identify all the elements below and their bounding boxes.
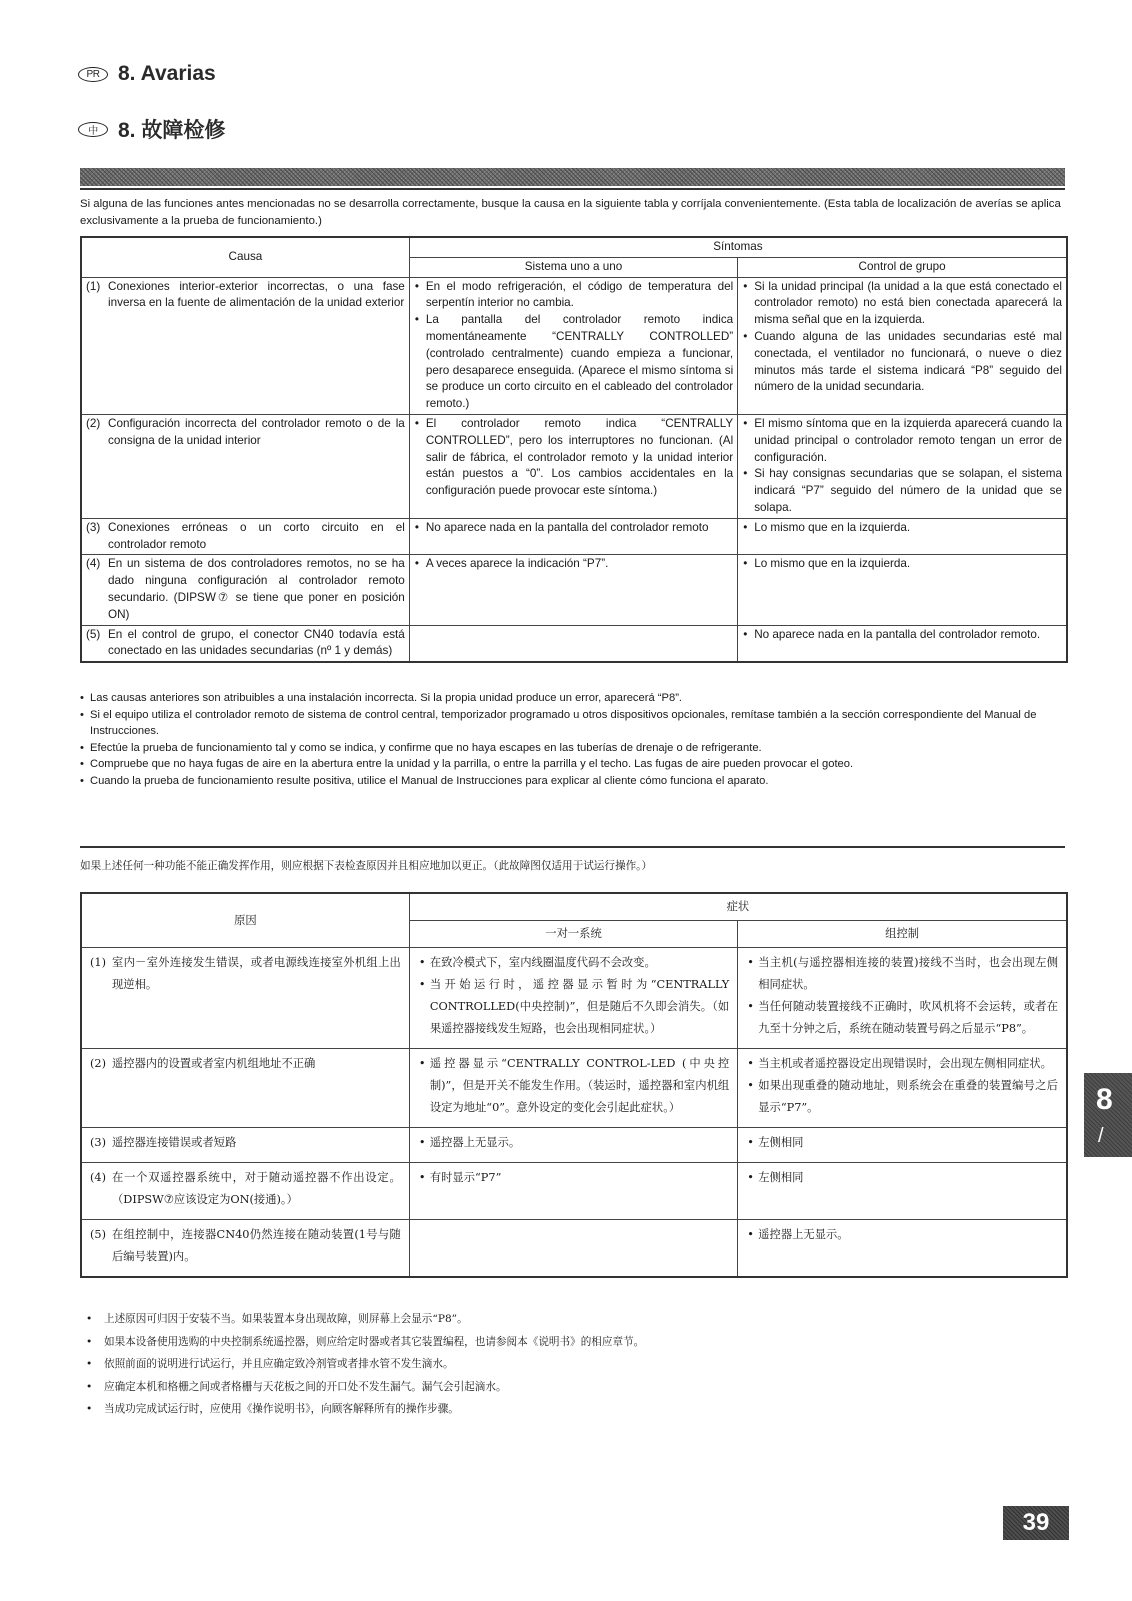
cause-number: (5)	[90, 1224, 112, 1268]
cause-text: En el control de grupo, el conector CN40…	[108, 627, 405, 661]
cause-text: Configuración incorrecta del controlador…	[108, 416, 405, 450]
cause-text: Conexiones erróneas o un corto circuito …	[108, 520, 405, 554]
group-symptom-cell: Lo mismo que en la izquierda.	[738, 518, 1067, 555]
cause-text: 遥控器内的设置或者室内机组地址不正确	[112, 1053, 401, 1075]
intro-spanish: Si alguna de las funciones antes mencion…	[80, 196, 1065, 230]
symptom-item: Si la unidad principal (la unidad a la q…	[742, 279, 1062, 329]
cause-text: Conexiones interior-exterior incorrectas…	[108, 279, 405, 313]
cause-number: (3)	[86, 520, 108, 554]
symptom-item: No aparece nada en la pantalla del contr…	[414, 520, 733, 537]
symptom-item: 当主机或者遥控器设定出现错误时，会出现左侧相同症状。	[746, 1053, 1058, 1075]
one-to-one-symptom-cell: 在致冷模式下，室内线圈温度代码不会改变。当开始运行时，遥控器显示暂时为“CENT…	[409, 948, 737, 1049]
symptom-item: En el modo refrigeración, el código de t…	[414, 279, 733, 313]
header-one-to-one: 一对一系统	[409, 921, 737, 948]
symptom-item: La pantalla del controlador remoto indic…	[414, 312, 733, 413]
symptom-item: Lo mismo que en la izquierda.	[742, 556, 1062, 573]
cause-cell: (3)Conexiones erróneas o un corto circui…	[81, 518, 409, 555]
symptom-item: 左侧相同	[746, 1132, 1058, 1154]
table-row: (1)室内－室外连接发生错误，或者电源线连接室外机组上出现逆相。在致冷模式下，室…	[81, 948, 1067, 1049]
symptom-item: El controlador remoto indica “CENTRALLY …	[414, 416, 733, 500]
table-row: (5)在组控制中，连接器CN40仍然连接在随动装置(1号与随后编号装置)内。遥控…	[81, 1220, 1067, 1278]
note-item: 当成功完成试运行时，应使用《操作说明书》，向顾客解释所有的操作步骤。	[80, 1398, 1070, 1421]
symptom-item: 当开始运行时，遥控器显示暂时为“CENTRALLY CONTROLLED(中央控…	[418, 974, 729, 1040]
cause-number: (1)	[86, 279, 108, 313]
header-cause: Causa	[81, 237, 409, 277]
cause-cell: (4)En un sistema de dos controladores re…	[81, 555, 409, 625]
symptom-item: 左侧相同	[746, 1167, 1058, 1189]
symptom-item: El mismo síntoma que en la izquierda apa…	[742, 416, 1062, 466]
symptom-item: 在致冷模式下，室内线圈温度代码不会改变。	[418, 952, 729, 974]
cause-text: 遥控器连接错误或者短路	[112, 1132, 401, 1154]
chapter-sub: /	[1098, 1125, 1104, 1148]
one-to-one-symptom-cell	[409, 625, 737, 662]
header-group-control: 组控制	[738, 921, 1067, 948]
heading-chinese: 中 8. 故障检修	[78, 114, 225, 144]
cause-number: (4)	[90, 1167, 112, 1211]
language-badge-pr: PR	[78, 67, 108, 82]
group-symptom-cell: El mismo síntoma que en la izquierda apa…	[738, 414, 1067, 518]
symptom-item: Lo mismo que en la izquierda.	[742, 520, 1062, 537]
cause-number: (4)	[86, 556, 108, 623]
table-row: (3)Conexiones erróneas o un corto circui…	[81, 518, 1067, 555]
table-row: (3)遥控器连接错误或者短路遥控器上无显示。左侧相同	[81, 1128, 1067, 1163]
intro-chinese: 如果上述任何一种功能不能正确发挥作用，则应根据下表检查原因并且相应地加以更正。（…	[80, 858, 1065, 875]
table-row: (1)Conexiones interior-exterior incorrec…	[81, 277, 1067, 414]
cause-text: 室内－室外连接发生错误，或者电源线连接室外机组上出现逆相。	[112, 952, 401, 996]
group-symptom-cell: 当主机(与遥控器相连接的装置)接线不当时，也会出现左侧相同症状。当任何随动装置接…	[738, 948, 1067, 1049]
cause-text: 在一个双遥控器系统中，对于随动遥控器不作出设定。（DIPSW⑦应该设定为ON(接…	[112, 1167, 401, 1211]
troubleshooting-table-chinese: 原因 症状 一对一系统 组控制 (1)室内－室外连接发生错误，或者电源线连接室外…	[80, 892, 1068, 1278]
one-to-one-symptom-cell: 遥控器上无显示。	[409, 1128, 737, 1163]
cause-cell: (1)室内－室外连接发生错误，或者电源线连接室外机组上出现逆相。	[81, 948, 409, 1049]
note-item: Compruebe que no haya fugas de aire en l…	[80, 756, 1070, 773]
symptom-item: 遥控器上无显示。	[418, 1132, 729, 1154]
cause-number: (2)	[86, 416, 108, 450]
group-symptom-cell: No aparece nada en la pantalla del contr…	[738, 625, 1067, 662]
table-row: (4)在一个双遥控器系统中，对于随动遥控器不作出设定。（DIPSW⑦应该设定为O…	[81, 1163, 1067, 1220]
cause-cell: (5)En el control de grupo, el conector C…	[81, 625, 409, 662]
cause-number: (3)	[90, 1132, 112, 1154]
group-symptom-cell: 左侧相同	[738, 1163, 1067, 1220]
header-group-control: Control de grupo	[738, 257, 1067, 277]
table-row: (2)Configuración incorrecta del controla…	[81, 414, 1067, 518]
symptom-item: 遥控器显示“CENTRALLY CONTROL-LED (中央控制)”，但是开关…	[418, 1053, 729, 1119]
divider	[80, 188, 1065, 190]
cause-number: (1)	[90, 952, 112, 996]
one-to-one-symptom-cell	[409, 1220, 737, 1278]
note-item: Cuando la prueba de funcionamiento resul…	[80, 773, 1070, 790]
section-title-zh: 8. 故障检修	[118, 114, 225, 144]
group-symptom-cell: 当主机或者遥控器设定出现错误时，会出现左侧相同症状。如果出现重叠的随动地址，则系…	[738, 1049, 1067, 1128]
header-symptoms: 症状	[409, 893, 1067, 921]
symptom-item: 如果出现重叠的随动地址，则系统会在重叠的装置编号之后显示“P7”。	[746, 1075, 1058, 1119]
notes-spanish: Las causas anteriores son atribuibles a …	[80, 690, 1070, 790]
troubleshooting-table-spanish: Causa Síntomas Sistema uno a uno Control…	[80, 236, 1068, 663]
one-to-one-symptom-cell: A veces aparece la indicación “P7”.	[409, 555, 737, 625]
cause-number: (2)	[90, 1053, 112, 1075]
note-item: Efectúe la prueba de funcionamiento tal …	[80, 740, 1070, 757]
group-symptom-cell: Lo mismo que en la izquierda.	[738, 555, 1067, 625]
chapter-side-tab: 8 /	[1084, 1073, 1132, 1157]
header-one-to-one: Sistema uno a uno	[409, 257, 737, 277]
hatched-header-bar	[80, 168, 1065, 186]
group-symptom-cell: 左侧相同	[738, 1128, 1067, 1163]
group-symptom-cell: 遥控器上无显示。	[738, 1220, 1067, 1278]
symptom-item: No aparece nada en la pantalla del contr…	[742, 627, 1062, 644]
symptom-item: 有时显示“P7”	[418, 1167, 729, 1189]
symptom-item: Cuando alguna de las unidades secundaria…	[742, 329, 1062, 396]
symptom-item: 遥控器上无显示。	[746, 1224, 1058, 1246]
symptom-item: A veces aparece la indicación “P7”.	[414, 556, 733, 573]
cause-cell: (1)Conexiones interior-exterior incorrec…	[81, 277, 409, 414]
group-symptom-cell: Si la unidad principal (la unidad a la q…	[738, 277, 1067, 414]
cause-cell: (5)在组控制中，连接器CN40仍然连接在随动装置(1号与随后编号装置)内。	[81, 1220, 409, 1278]
note-item: Las causas anteriores son atribuibles a …	[80, 690, 1070, 707]
one-to-one-symptom-cell: El controlador remoto indica “CENTRALLY …	[409, 414, 737, 518]
notes-chinese: 上述原因可归因于安装不当。如果装置本身出现故障，则屏幕上会显示“P8”。如果本设…	[80, 1308, 1070, 1421]
note-item: 如果本设备使用选购的中央控制系统遥控器，则应给定时器或者其它装置编程，也请参阅本…	[80, 1331, 1070, 1354]
cause-text: 在组控制中，连接器CN40仍然连接在随动装置(1号与随后编号装置)内。	[112, 1224, 401, 1268]
cause-cell: (4)在一个双遥控器系统中，对于随动遥控器不作出设定。（DIPSW⑦应该设定为O…	[81, 1163, 409, 1220]
one-to-one-symptom-cell: En el modo refrigeración, el código de t…	[409, 277, 737, 414]
one-to-one-symptom-cell: 遥控器显示“CENTRALLY CONTROL-LED (中央控制)”，但是开关…	[409, 1049, 737, 1128]
cause-cell: (2)遥控器内的设置或者室内机组地址不正确	[81, 1049, 409, 1128]
note-item: 应确定本机和格栅之间或者格栅与天花板之间的开口处不发生漏气。漏气会引起滴水。	[80, 1376, 1070, 1399]
page-number: 39	[1003, 1506, 1069, 1540]
table-row: (5)En el control de grupo, el conector C…	[81, 625, 1067, 662]
chapter-number: 8	[1096, 1083, 1113, 1117]
header-cause: 原因	[81, 893, 409, 948]
cause-text: En un sistema de dos controladores remot…	[108, 556, 405, 623]
heading-portuguese: PR 8. Avarias	[78, 62, 216, 86]
language-badge-zh: 中	[78, 122, 108, 137]
cause-cell: (2)Configuración incorrecta del controla…	[81, 414, 409, 518]
one-to-one-symptom-cell: No aparece nada en la pantalla del contr…	[409, 518, 737, 555]
symptom-item: 当主机(与遥控器相连接的装置)接线不当时，也会出现左侧相同症状。	[746, 952, 1058, 996]
table-row: (2)遥控器内的设置或者室内机组地址不正确遥控器显示“CENTRALLY CON…	[81, 1049, 1067, 1128]
one-to-one-symptom-cell: 有时显示“P7”	[409, 1163, 737, 1220]
cause-number: (5)	[86, 627, 108, 661]
symptom-item: 当任何随动装置接线不正确时，吹风机将不会运转，或者在九至十分钟之后，系统在随动装…	[746, 996, 1058, 1040]
note-item: Si el equipo utiliza el controlador remo…	[80, 707, 1070, 740]
note-item: 依照前面的说明进行试运行，并且应确定致冷剂管或者排水管不发生滴水。	[80, 1353, 1070, 1376]
header-symptoms: Síntomas	[409, 237, 1067, 257]
cause-cell: (3)遥控器连接错误或者短路	[81, 1128, 409, 1163]
divider	[80, 846, 1065, 848]
table-row: (4)En un sistema de dos controladores re…	[81, 555, 1067, 625]
symptom-item: Si hay consignas secundarias que se sola…	[742, 466, 1062, 516]
section-title-pr: 8. Avarias	[118, 62, 216, 86]
note-item: 上述原因可归因于安装不当。如果装置本身出现故障，则屏幕上会显示“P8”。	[80, 1308, 1070, 1331]
